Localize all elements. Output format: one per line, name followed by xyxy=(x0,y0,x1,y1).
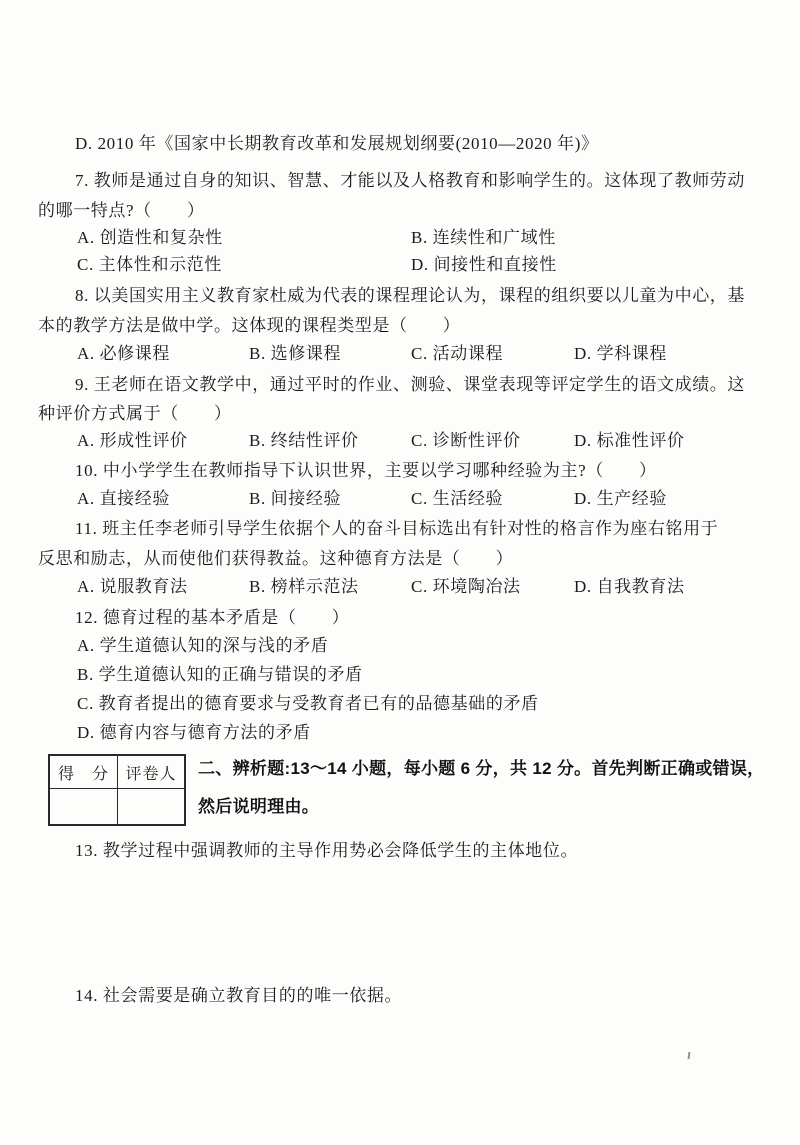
q8-option-d: D. 学科课程 xyxy=(574,343,667,365)
q12-option-d: D. 德育内容与德育方法的矛盾 xyxy=(77,722,311,744)
section2-instructions-line2: 然后说明理由。 xyxy=(198,796,319,818)
q10-option-c: C. 生活经验 xyxy=(411,488,503,510)
q9-stem-line2: 种评价方式属于（ ） xyxy=(38,403,232,425)
q14-stem: 14. 社会需要是确立教育目的的唯一依据。 xyxy=(75,985,402,1007)
q7-option-b: B. 连续性和广域性 xyxy=(411,227,556,249)
scan-speck xyxy=(688,1052,691,1059)
score-box: 得 分 评卷人 xyxy=(48,754,186,826)
q7-option-a: A. 创造性和复杂性 xyxy=(77,227,223,249)
q12-option-c: C. 教育者提出的德育要求与受教育者已有的品德基础的矛盾 xyxy=(77,693,539,715)
q7-stem-line2: 的哪一特点?（ ） xyxy=(38,200,205,222)
q12-option-a: A. 学生道德认知的深与浅的矛盾 xyxy=(77,635,328,657)
q11-stem-line1: 11. 班主任李老师引导学生依据个人的奋斗目标选出有针对性的格言作为座右铭用于 xyxy=(75,518,718,540)
q11-option-d: D. 自我教育法 xyxy=(574,576,685,598)
q8-stem-line2: 本的教学方法是做中学。这体现的课程类型是（ ） xyxy=(38,315,460,337)
q11-stem-line2: 反思和励志，从而使他们获得教益。这种德育方法是（ ） xyxy=(38,548,513,570)
q8-stem-line1: 8. 以美国实用主义教育家杜威为代表的课程理论认为，课程的组织要以儿童为中心，基 xyxy=(75,285,745,307)
q7-option-d: D. 间接性和直接性 xyxy=(411,254,557,276)
q8-option-b: B. 选修课程 xyxy=(249,343,341,365)
exam-paper-page: D. 2010 年《国家中长期教育改革和发展规划纲要(2010—2020 年)》… xyxy=(0,0,800,1145)
q12-option-b: B. 学生道德认知的正确与错误的矛盾 xyxy=(77,664,363,686)
q8-option-c: C. 活动课程 xyxy=(411,343,503,365)
q13-stem: 13. 教学过程中强调教师的主导作用势必会降低学生的主体地位。 xyxy=(75,840,578,862)
q8-option-a: A. 必修课程 xyxy=(77,343,170,365)
q9-option-c: C. 诊断性评价 xyxy=(411,430,521,452)
score-blank-cell xyxy=(50,789,118,824)
q9-stem-line1: 9. 王老师在语文教学中，通过平时的作业、测验、课堂表现等评定学生的语文成绩。这 xyxy=(75,374,745,396)
q10-option-d: D. 生产经验 xyxy=(574,488,667,510)
q9-option-b: B. 终结性评价 xyxy=(249,430,359,452)
q11-option-a: A. 说服教育法 xyxy=(77,576,188,598)
q11-option-c: C. 环境陶冶法 xyxy=(411,576,521,598)
section2-instructions-line1: 二、辨析题:13～14 小题，每小题 6 分，共 12 分。首先判断正确或错误， xyxy=(198,758,764,780)
grader-blank-cell xyxy=(118,789,184,824)
q10-stem-line1: 10. 中小学学生在教师指导下认识世界，主要以学习哪种经验为主?（ ） xyxy=(75,460,657,482)
score-label: 得 分 xyxy=(50,756,118,789)
q9-option-a: A. 形成性评价 xyxy=(77,430,188,452)
q7-stem-line1: 7. 教师是通过自身的知识、智慧、才能以及人格教育和影响学生的。这体现了教师劳动 xyxy=(75,170,745,192)
q11-option-b: B. 榜样示范法 xyxy=(249,576,359,598)
prev-question-option-d: D. 2010 年《国家中长期教育改革和发展规划纲要(2010—2020 年)》 xyxy=(75,133,599,155)
q7-option-c: C. 主体性和示范性 xyxy=(77,254,222,276)
q12-stem-line1: 12. 德育过程的基本矛盾是（ ） xyxy=(75,607,349,629)
q10-option-b: B. 间接经验 xyxy=(249,488,341,510)
q9-option-d: D. 标准性评价 xyxy=(574,430,685,452)
q10-option-a: A. 直接经验 xyxy=(77,488,170,510)
grader-label: 评卷人 xyxy=(118,756,184,789)
